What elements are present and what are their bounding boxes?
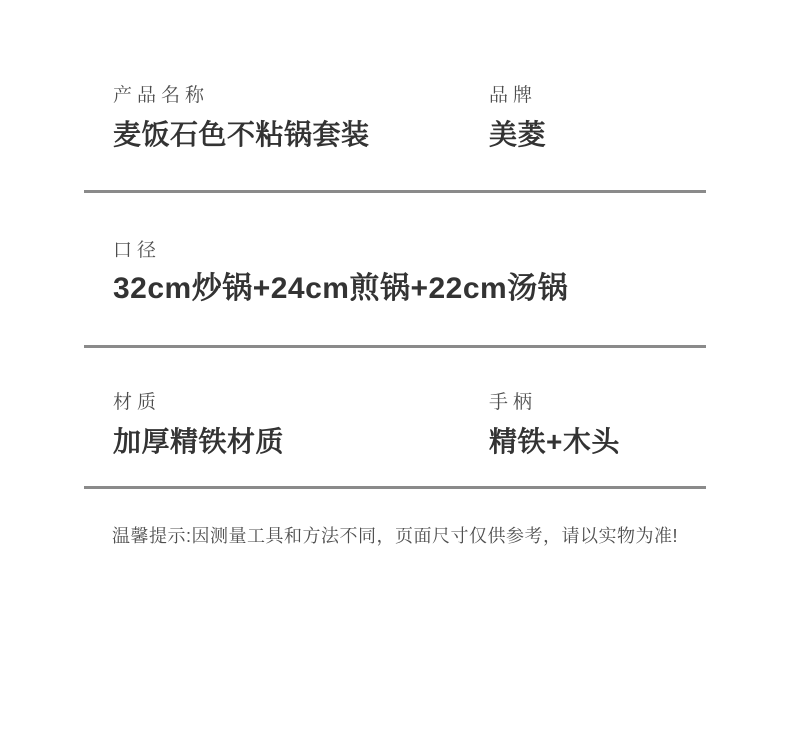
- row-divider: [84, 486, 706, 489]
- row-divider: [84, 345, 706, 348]
- handle-value: 精铁+木头: [489, 428, 620, 456]
- row-divider: [84, 190, 706, 193]
- disclaimer-note: 温馨提示:因测量工具和方法不同，页面尺寸仅供参考，请以实物为准!: [0, 527, 790, 545]
- diameter-value: 32cm炒锅+24cm煎锅+22cm汤锅: [113, 274, 568, 304]
- material-value: 加厚精铁材质: [113, 428, 284, 456]
- diameter-label: 口径: [113, 241, 161, 260]
- product-spec-sheet: 产品名称 麦饭石色不粘锅套装 品牌 美菱 口径 32cm炒锅+24cm煎锅+22…: [0, 0, 790, 729]
- product-name-label: 产品名称: [113, 86, 209, 105]
- product-name-value: 麦饭石色不粘锅套装: [113, 121, 370, 149]
- brand-label: 品牌: [489, 86, 537, 105]
- brand-value: 美菱: [489, 121, 546, 149]
- handle-label: 手柄: [489, 393, 537, 412]
- material-label: 材质: [113, 393, 161, 412]
